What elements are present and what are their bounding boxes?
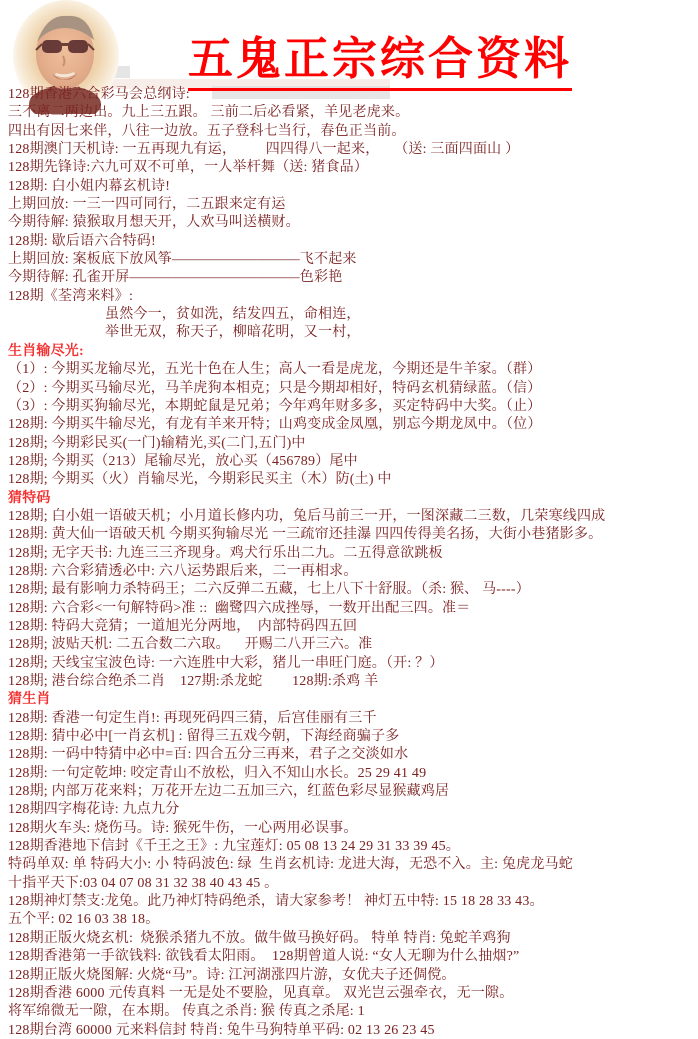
text-line: 128期《荃湾来料》: [8, 288, 698, 306]
text-line: 128期火车头: 烧伤马。诗: 猴死牛伤，一心两用必误事。 [8, 820, 698, 838]
text-line: 128期: 特码大竞猜；一道旭光分两地， 内部特码四五回 [8, 618, 698, 636]
text-line: 128期: 六合彩<一句解特码>准 :: 幽鹭四六成挫辱，一数开出配三四。准＝ [8, 600, 698, 618]
text-line: 四出有因七来伴，八往一边放。五子登科七当行，春色正当前。 [8, 123, 698, 141]
text-line: 128期; 最有影响力杀特码王；二六反弹二五藏，七上八下十舒服。（杀: 猴、 马… [8, 581, 698, 599]
text-line: 特码单双: 单 特码大小: 小 特码波色: 绿 生肖玄机诗: 龙进大海，无恐不入… [8, 856, 698, 874]
text-line: 128期: 黄大仙一语破天机 今期买狗输尽光 一三疏帘还挂瀑 四四传得美名扬，大… [8, 526, 698, 544]
text-line: 128期正版火烧玄机: 烧猴杀猪九不放。做牛做马换好码。 特单 特肖: 兔蛇羊鸡… [8, 930, 698, 948]
text-line: 128期: 一句定乾坤: 咬定青山不放松，归入不知山水长。25 29 41 49 [8, 765, 698, 783]
text-line: 128期神灯禁支:龙兔。此乃神灯特码绝杀，请大家参考！ 神灯五中特: 15 18… [8, 893, 698, 911]
content-lines: 128期香港六合彩马会总纲诗:三不离二两边出。九上三五跟。 三前二后必看紧，羊见… [8, 86, 698, 1039]
text-line: 128期; 内部万花来料；万花开左边二五加三六，红蓝色彩尽显猴藏鸡居 [8, 783, 698, 801]
section-header: 猜特码 [8, 490, 698, 508]
text-line: 举世无双，称天子，柳暗花明，又一村， [8, 324, 698, 342]
text-line: 128期; 港台综合绝杀二肖 127期:杀龙蛇 128期:杀鸡 羊 [8, 673, 698, 691]
text-line: （2）: 今期买马输尽光，马羊虎狗本相克；只是今期却相好，特码玄机猜绿蓝。（信） [8, 380, 698, 398]
page-title: 五鬼正宗综合资料 [188, 22, 572, 91]
text-line: 128期香港第一手欲钱料: 欲钱看太阳雨。 128期曾道人说: “女人无聊为什么… [8, 948, 698, 966]
text-line: 五个平: 02 16 03 38 18。 [8, 911, 698, 929]
text-line: （1）: 今期买龙输尽光，五光十色在人生；高人一看是虎龙，今期还是牛羊家。（群） [8, 361, 698, 379]
text-line: 今期待解: 孔雀开屏————————————色彩艳 [8, 269, 698, 287]
text-line: 128期: 六合彩猜透必中: 六八运势跟后来，二一再相求。 [8, 563, 698, 581]
text-line: （3）: 今期买狗输尽光，本期蛇鼠是兄弟；今年鸡年财多多，买定特码中大奖。（止） [8, 398, 698, 416]
text-line: 128期: 猜中必中[一肖玄机] : 留得三五戏今朝，下海经商骗子多 [8, 728, 698, 746]
text-line: 128期; 今期彩民买(一门)输精光,买(二门,五门)中 [8, 435, 698, 453]
text-line: 128期澳门天机诗: 一五再现九有运， 四四得八一起来， （送: 三面四面山 ） [8, 141, 698, 159]
text-line: 上期回放: 一三一四可同行，二五跟来定有运 [8, 196, 698, 214]
text-line: 虽然今一，贫如洗，结发四五，命相连， [8, 306, 698, 324]
text-line: 128期香港六合彩马会总纲诗: [8, 86, 698, 104]
text-line: 128期香港地下信封《千王之王》: 九宝莲灯: 05 08 13 24 29 3… [8, 838, 698, 856]
text-line: 上期回放: 案板底下放风筝—————————飞不起来 [8, 251, 698, 269]
text-line: 128期先锋诗:六九可双不可单，一人举杆舞（送: 猪食品） [8, 159, 698, 177]
text-line: 128期; 今期买（213）尾输尽光，放心买（456789）尾中 [8, 453, 698, 471]
text-line: 128期四字梅花诗: 九点九分 [8, 801, 698, 819]
text-line: 128期台湾 60000 元来料信封 特肖: 兔牛马狗特单平码: 02 13 2… [8, 1022, 698, 1039]
section-header: 生肖输尽光: [8, 343, 698, 361]
text-line: 十指平天下:03 04 07 08 31 32 38 40 43 45 。 [8, 875, 698, 893]
text-line: 128期: 香港一句定生肖!: 再现死码四三猜，后宫佳丽有三千 [8, 710, 698, 728]
text-line: 今期待解: 猿猴取月想天开，人欢马叫送横财。 [8, 214, 698, 232]
text-line: 128期: 白小姐内幕玄机诗! [8, 178, 698, 196]
text-line: 128期; 白小姐一语破天机；小月道长修内功，兔后马前三一开，一图深藏二三数，几… [8, 508, 698, 526]
text-line: 128期; 今期买（火）肖输尽光，今期彩民买主（木）防(土) 中 [8, 471, 698, 489]
text-line: 128期正版火烧图解: 火烧“马”。诗: 江河湖涨四片游，女优夫子还倜傥。 [8, 967, 698, 985]
text-line: 128期: 今期买牛输尽光，有龙有羊来开特；山鸡变成金凤凰，别忘今期龙凤中。（位… [8, 416, 698, 434]
tip-sheet-page: 五鬼正宗综合资料 128期香港六合彩马会总纲诗:三不离二两边出。九上三五跟。 三… [0, 0, 698, 1039]
text-line: 128期; 无字天书: 九连三三齐现身。鸡犬行乐出二九。二五得意欲跳板 [8, 545, 698, 563]
text-line: 128期香港 6000 元传真料 一无是处不要脸，见真章。 双光岂云强牵衣，无一… [8, 985, 698, 1003]
text-line: 三不离二两边出。九上三五跟。 三前二后必看紧，羊见老虎来。 [8, 104, 698, 122]
text-line: 将军绵微无一隙，在本期。 传真之杀肖: 猴 传真之杀尾: 1 [8, 1003, 698, 1021]
text-line: 128期: 一码中特猜中必中=百: 四合五分三再来，君子之交淡如水 [8, 746, 698, 764]
text-line: 128期; 天线宝宝波色诗: 一六连胜中大彩，猪儿一串旺门庭。（开: ？） [8, 655, 698, 673]
text-line: 128期; 波贴天机: 二五合数二六取。 开赐二八开三六。准 [8, 636, 698, 654]
section-header: 猜生肖 [8, 691, 698, 709]
text-line: 128期: 歇后语六合特码! [8, 233, 698, 251]
